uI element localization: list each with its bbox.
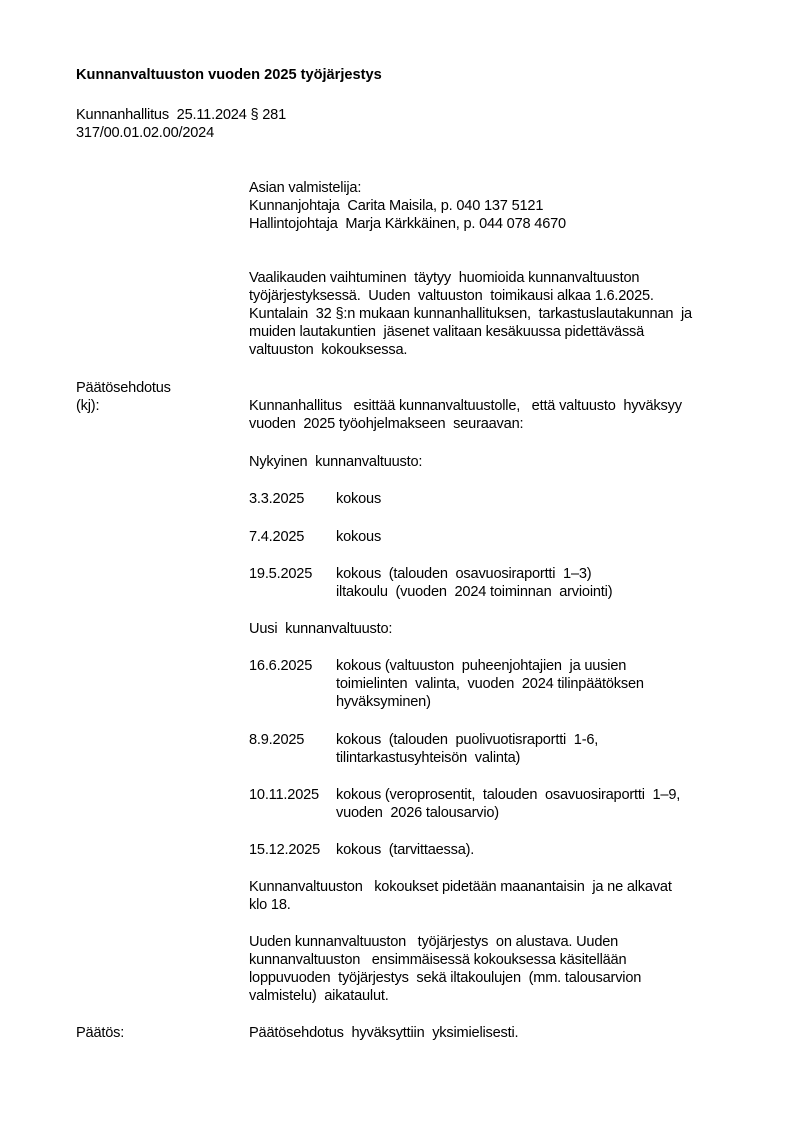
preparer-heading: Asian valmistelija:	[249, 179, 361, 197]
current-council-heading: Nykyinen kunnanvaltuusto:	[249, 453, 422, 471]
preliminary-note-line: kunnanvaltuuston ensimmäisessä kokoukses…	[249, 951, 626, 969]
meeting-time-line: Kunnanvaltuuston kokoukset pidetään maan…	[249, 878, 672, 896]
meeting-time-line: klo 18.	[249, 896, 291, 914]
meeting-description: kokous (veroprosentit, talouden osavuosi…	[336, 786, 680, 804]
case-number: 317/00.01.02.00/2024	[76, 124, 214, 142]
decision-label: Päätös:	[76, 1024, 124, 1042]
meeting-description: kokous (tarvittaessa).	[336, 841, 474, 859]
meeting-description: iltakoulu (vuoden 2024 toiminnan arvioin…	[336, 583, 612, 601]
meeting-description: kokous (valtuuston puheenjohtajien ja uu…	[336, 657, 626, 675]
decision-text: Päätösehdotus hyväksyttiin yksimielisest…	[249, 1024, 518, 1042]
meeting-description: vuoden 2026 talousarvio)	[336, 804, 499, 822]
meeting-description: kokous	[336, 528, 381, 546]
meeting-date: 7.4.2025	[249, 528, 304, 546]
background-text-line: muiden lautakuntien jäsenet valitaan kes…	[249, 323, 644, 341]
meeting-description: tilintarkastusyhteisön valinta)	[336, 749, 520, 767]
proposal-intro-line: Kunnanhallitus esittää kunnanvaltuustoll…	[249, 397, 682, 415]
meeting-reference: Kunnanhallitus 25.11.2024 § 281	[76, 106, 286, 124]
background-text-line: Vaalikauden vaihtuminen täytyy huomioida…	[249, 269, 639, 287]
meeting-description: kokous	[336, 490, 381, 508]
document-title: Kunnanvaltuuston vuoden 2025 työjärjesty…	[76, 66, 382, 84]
preliminary-note-line: valmistelu) aikataulut.	[249, 987, 389, 1005]
background-text-line: Kuntalain 32 §:n mukaan kunnanhallitukse…	[249, 305, 692, 323]
meeting-description: hyväksyminen)	[336, 693, 431, 711]
background-text-line: työjärjestyksessä. Uuden valtuuston toim…	[249, 287, 654, 305]
preliminary-note-line: loppuvuoden työjärjestys sekä iltakouluj…	[249, 969, 641, 987]
preliminary-note-line: Uuden kunnanvaltuuston työjärjestys on a…	[249, 933, 618, 951]
meeting-date: 8.9.2025	[249, 731, 304, 749]
preparer-line: Hallintojohtaja Marja Kärkkäinen, p. 044…	[249, 215, 566, 233]
proposal-label-kj: (kj):	[76, 397, 99, 415]
background-text-line: valtuuston kokouksessa.	[249, 341, 407, 359]
meeting-date: 19.5.2025	[249, 565, 312, 583]
meeting-date: 10.11.2025	[249, 786, 319, 804]
meeting-description: kokous (talouden osavuosiraportti 1–3)	[336, 565, 591, 583]
meeting-date: 3.3.2025	[249, 490, 304, 508]
meeting-date: 15.12.2025	[249, 841, 320, 859]
meeting-description: toimielinten valinta, vuoden 2024 tilinp…	[336, 675, 644, 693]
meeting-date: 16.6.2025	[249, 657, 312, 675]
meeting-description: kokous (talouden puolivuotisraportti 1-6…	[336, 731, 598, 749]
proposal-intro-line: vuoden 2025 työohjelmakseen seuraavan:	[249, 415, 523, 433]
new-council-heading: Uusi kunnanvaltuusto:	[249, 620, 392, 638]
proposal-label: Päätösehdotus	[76, 379, 171, 397]
preparer-line: Kunnanjohtaja Carita Maisila, p. 040 137…	[249, 197, 543, 215]
